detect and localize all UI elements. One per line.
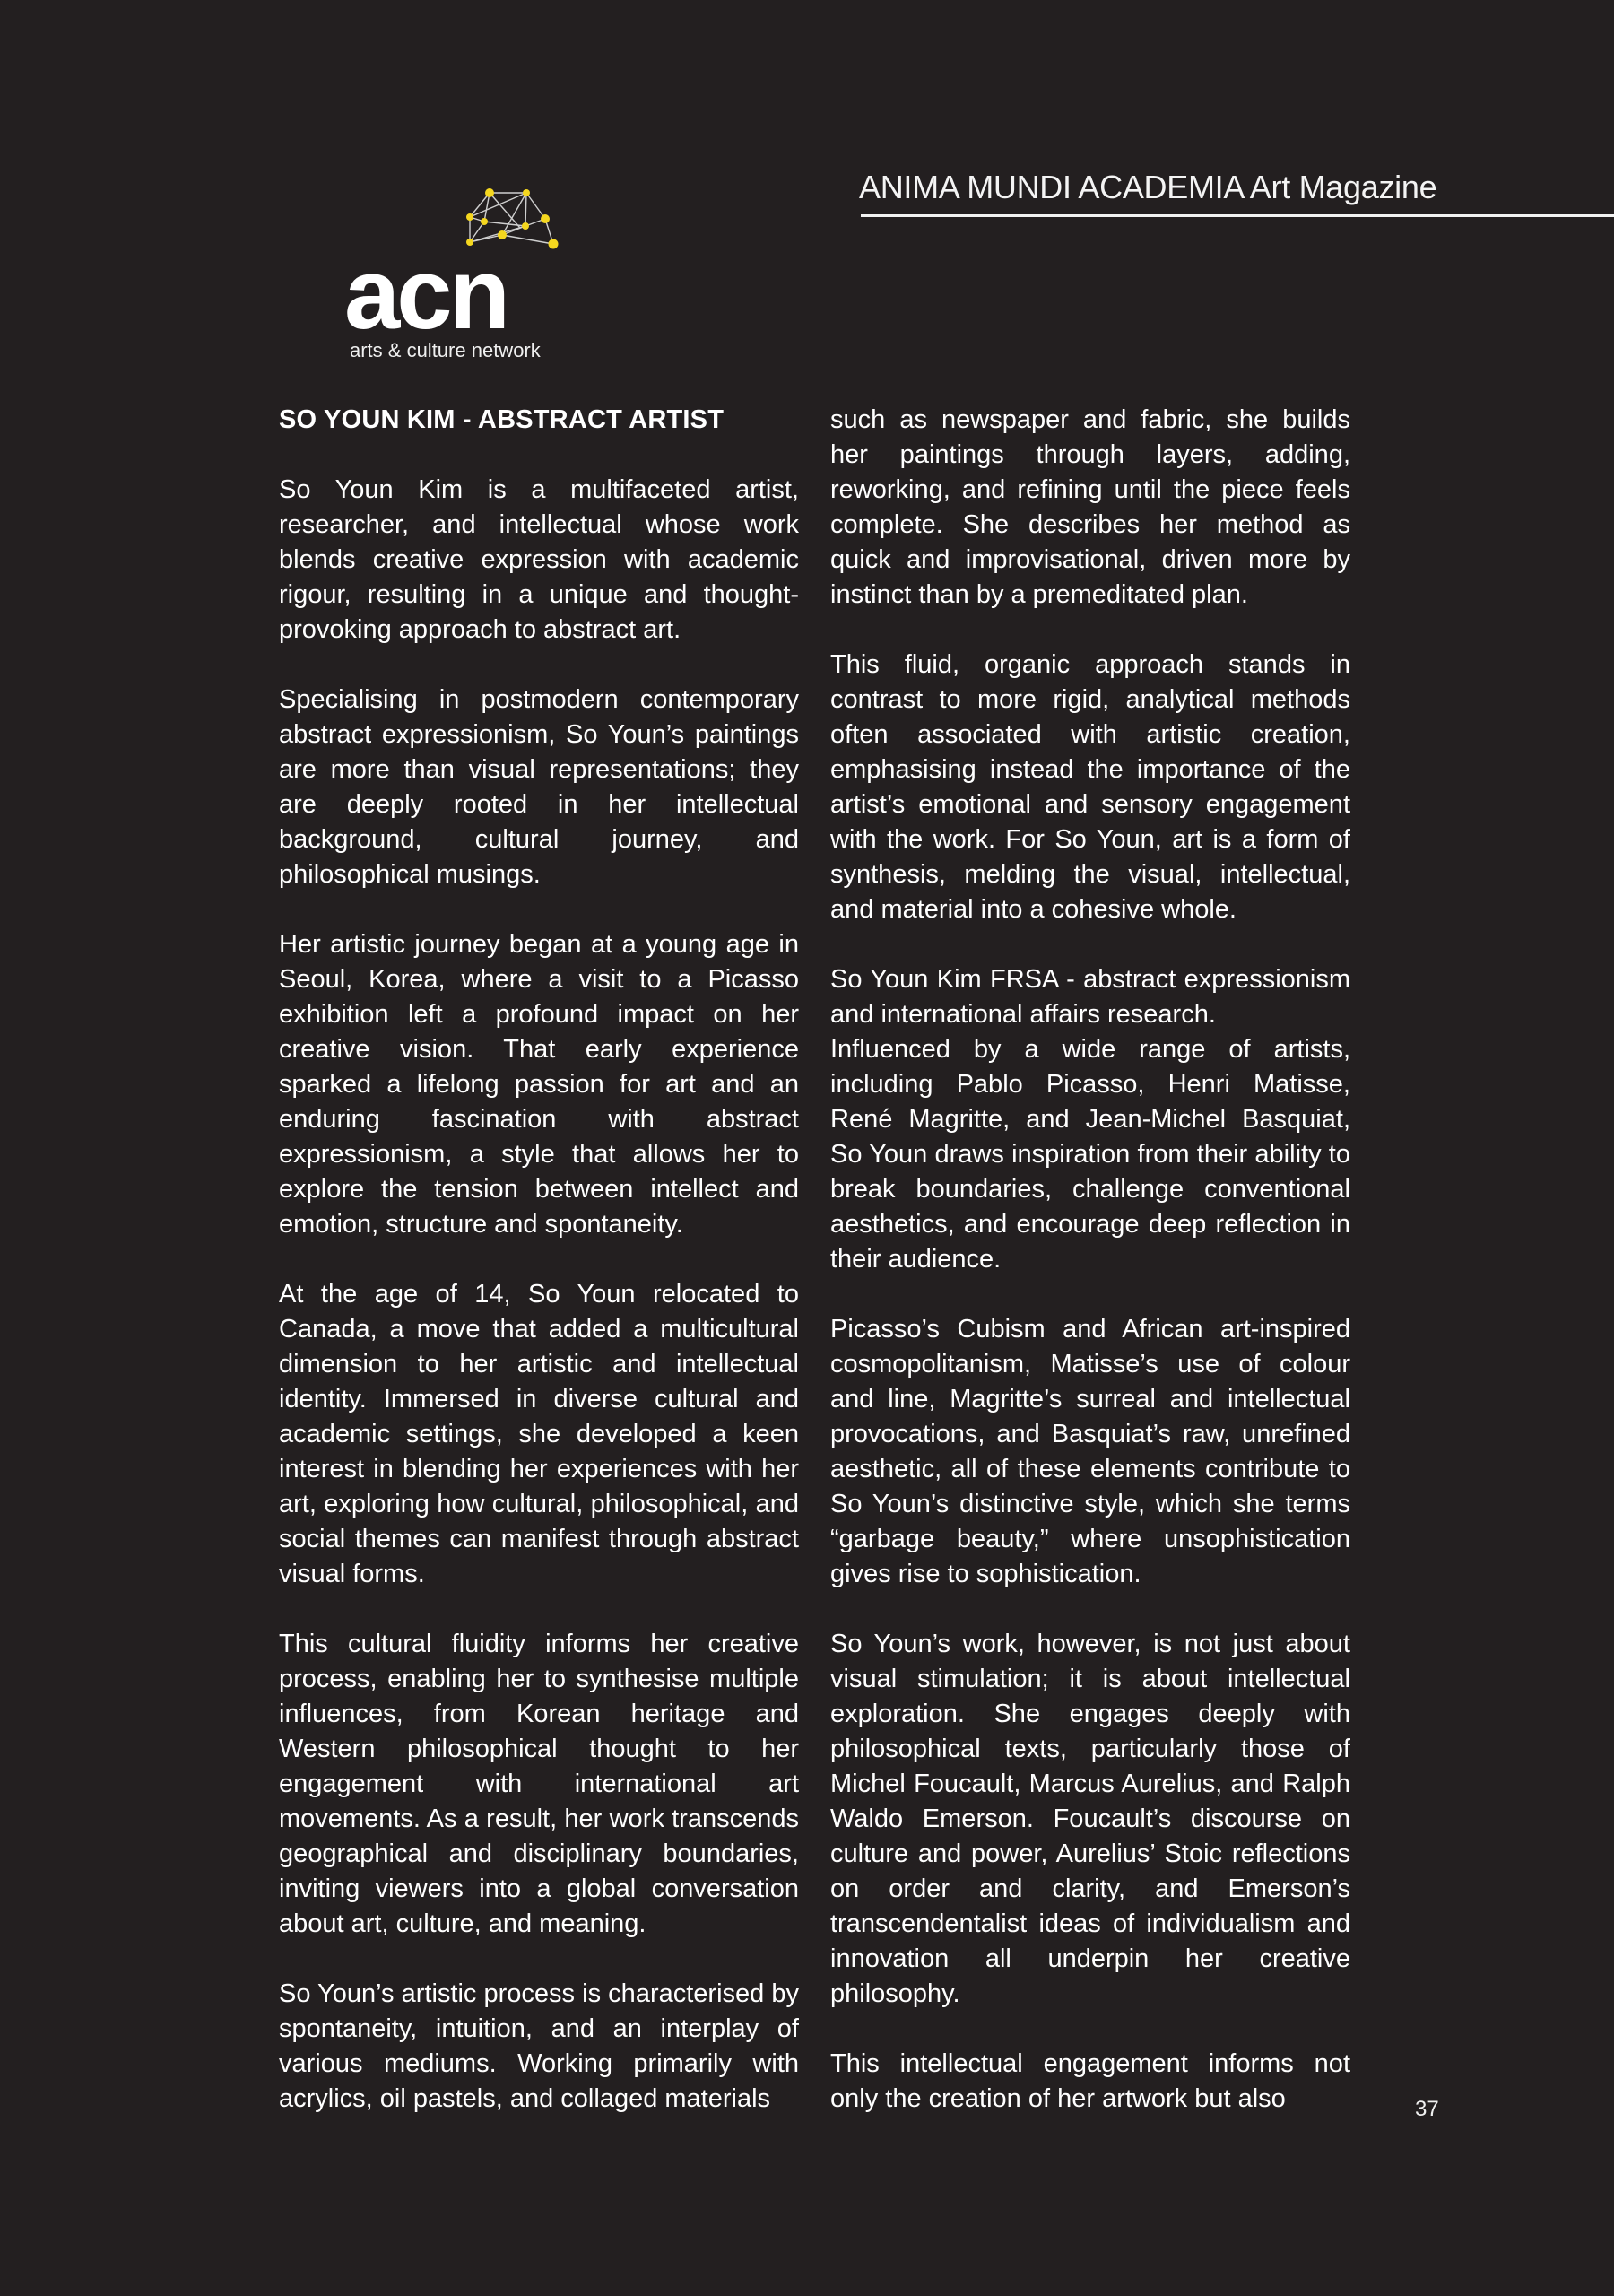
paragraph: This cultural fluidity informs her creat… bbox=[279, 1627, 799, 1942]
page-number: 37 bbox=[1415, 2097, 1439, 2122]
paragraph: such as newspaper and fabric, she builds… bbox=[830, 403, 1350, 613]
paragraph: So Youn Kim FRSA - abstract expressionis… bbox=[830, 962, 1350, 1032]
paragraph: This fluid, organic approach stands in c… bbox=[830, 648, 1350, 927]
paragraph: Picasso’s Cubism and African art-inspire… bbox=[830, 1312, 1350, 1592]
paragraph: So Youn’s work, however, is not just abo… bbox=[830, 1627, 1350, 2012]
paragraph: At the age of 14, So Youn relocated to C… bbox=[279, 1277, 799, 1592]
paragraph: So Youn’s artistic process is characteri… bbox=[279, 1977, 799, 2117]
publication-title: ANIMA MUNDI ACADEMIA Art Magazine bbox=[859, 169, 1436, 206]
logo-tagline: arts & culture network bbox=[350, 339, 541, 362]
acn-logo: acn arts & culture network bbox=[278, 179, 583, 377]
paragraph: So Youn Kim is a multifaceted artist, re… bbox=[279, 473, 799, 648]
logo-wordmark: acn bbox=[344, 244, 507, 344]
article-column-right: such as newspaper and fabric, she builds… bbox=[830, 403, 1350, 2152]
article-title: SO YOUN KIM - ABSTRACT ARTIST bbox=[279, 403, 799, 438]
article-column-left: SO YOUN KIM - ABSTRACT ARTIST So Youn Ki… bbox=[279, 403, 799, 2152]
header-divider bbox=[861, 214, 1614, 217]
paragraph: Influenced by a wide range of artists, i… bbox=[830, 1032, 1350, 1277]
paragraph: Specialising in postmodern contemporary … bbox=[279, 683, 799, 892]
paragraph: This intellectual engagement informs not… bbox=[830, 2047, 1350, 2117]
paragraph: Her artistic journey began at a young ag… bbox=[279, 927, 799, 1242]
